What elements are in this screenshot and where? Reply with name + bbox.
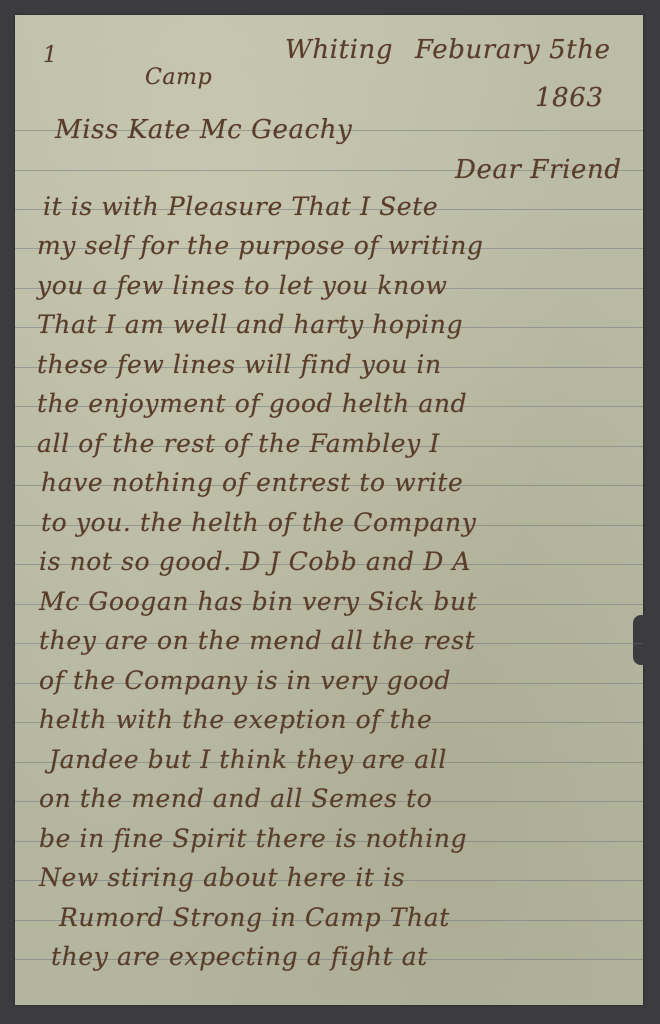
letter-line: have nothing of entrest to write (41, 468, 463, 497)
letter-line: these few lines will find you in (37, 350, 442, 379)
letter-line: my self for the purpose of writing (37, 231, 484, 260)
letter-line: it is with Pleasure That I Sete (43, 192, 438, 221)
letter-line: they are expecting a fight at (51, 942, 428, 971)
letter-line: the enjoyment of good helth and (37, 389, 467, 418)
letter-page: 1 Camp Whiting Feburary 5the 1863 Miss K… (15, 15, 643, 1005)
date: Feburary 5the (415, 35, 611, 65)
letter-line: all of the rest of the Fambley I (37, 429, 440, 458)
recipient: Miss Kate Mc Geachy (55, 115, 352, 145)
letter-line: New stiring about here it is (39, 863, 405, 892)
letter-line: Mc Googan has bin very Sick but (39, 587, 477, 616)
letter-line: helth with the exeption of the (39, 705, 432, 734)
torn-edge (633, 615, 645, 665)
letter-line: is not so good. D J Cobb and D A (39, 547, 471, 576)
letter-line: they are on the mend all the rest (39, 626, 475, 655)
camp-label: Camp (145, 65, 212, 90)
letter-line: That I am well and harty hoping (37, 310, 463, 339)
page-number: 1 (43, 43, 58, 68)
letter-line: on the mend and all Semes to (39, 784, 432, 813)
letter-line: be in fine Spirit there is nothing (39, 824, 467, 853)
year: 1863 (535, 83, 604, 113)
letter-line: you a few lines to let you know (37, 271, 447, 300)
letter-line: Jandee but I think they are all (49, 745, 447, 774)
letter-line: of the Company is in very good (39, 666, 451, 695)
salutation: Dear Friend (455, 155, 622, 185)
letter-line: to you. the helth of the Company (41, 508, 476, 537)
letter-line: Rumord Strong in Camp That (59, 903, 450, 932)
location: Whiting (285, 35, 393, 65)
